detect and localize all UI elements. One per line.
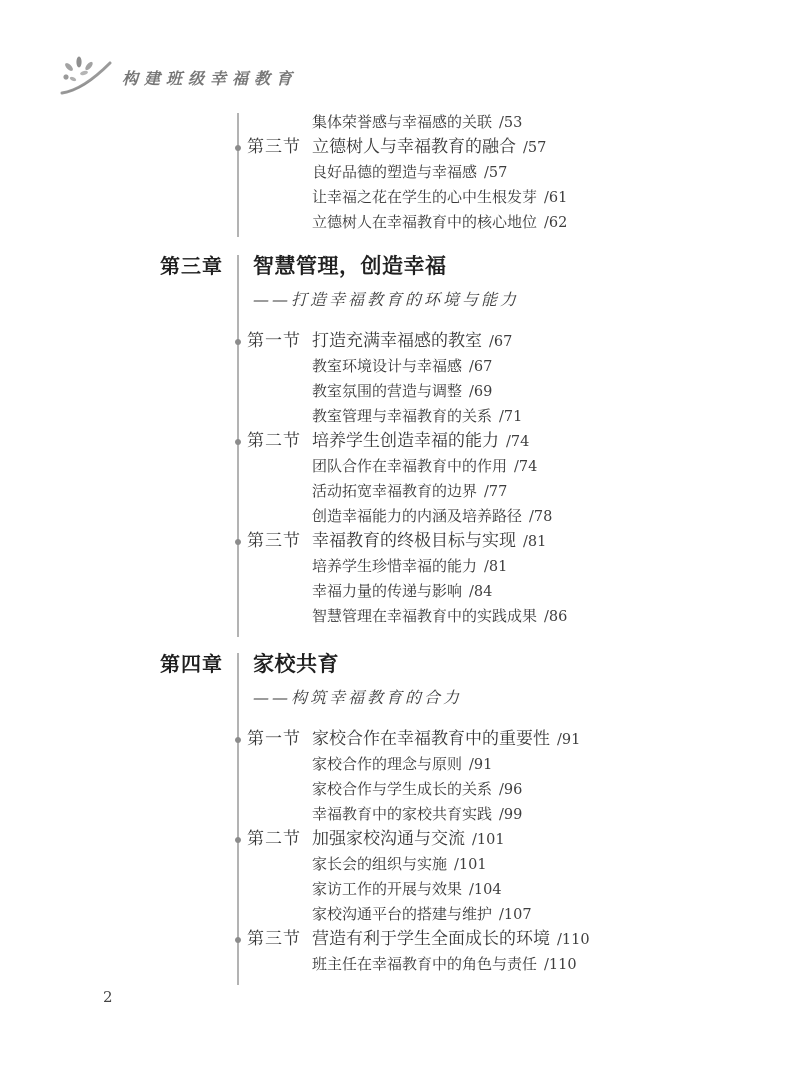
toc-entry-page: /57 [523, 136, 546, 161]
chapter-heading: 第四章家校共育——构筑幸福教育的合力 [160, 649, 760, 713]
toc-entry-title: 培养学生珍惜幸福的能力 [312, 554, 477, 579]
book-title: 构建班级幸福教育 [122, 66, 298, 89]
toc-sub-row: 幸福力量的传递与影响/84 [160, 579, 760, 604]
toc-entry-page: /74 [514, 455, 537, 480]
toc-block: 第四章家校共育——构筑幸福教育的合力第一节家校合作在幸福教育中的重要性/91家校… [160, 649, 760, 977]
chapter-heading-main: 智慧管理，创造幸福——打造幸福教育的环境与能力 [237, 251, 519, 315]
toc-entry-title: 智慧管理在幸福教育中的实践成果 [312, 604, 537, 629]
section-label: 第二节 [247, 429, 312, 454]
chapter-heading-main: 家校共育——构筑幸福教育的合力 [237, 649, 462, 713]
toc-entry-title: 良好品德的塑造与幸福感 [312, 160, 477, 185]
toc-entry-page: /101 [454, 853, 487, 878]
page-number: 2 [103, 988, 113, 1006]
section-bullet-icon [235, 837, 241, 843]
toc-sub-row: 家校合作与学生成长的关系/96 [160, 777, 760, 802]
chapter-subtitle: ——构筑幸福教育的合力 [253, 683, 462, 713]
toc-entry-title: 幸福力量的传递与影响 [312, 579, 462, 604]
toc-entry-title: 家长会的组织与实施 [312, 852, 447, 877]
toc-section-row: 第一节家校合作在幸福教育中的重要性/91 [160, 727, 760, 752]
toc-entry-title: 幸福教育的终极目标与实现 [312, 529, 516, 554]
toc-sub-row: 良好品德的塑造与幸福感/57 [160, 160, 760, 185]
toc-entry-title: 教室氛围的营造与调整 [312, 379, 462, 404]
toc-entry-page: /61 [544, 186, 567, 211]
toc-sub-row: 培养学生珍惜幸福的能力/81 [160, 554, 760, 579]
toc-entry-title: 团队合作在幸福教育中的作用 [312, 454, 507, 479]
toc-entry-page: /110 [544, 953, 577, 978]
book-header: 构建班级幸福教育 [60, 56, 298, 98]
toc-entry-title: 家校合作在幸福教育中的重要性 [312, 727, 550, 752]
toc-sub-row: 创造幸福能力的内涵及培养路径/78 [160, 504, 760, 529]
toc-entry-title: 教室环境设计与幸福感 [312, 354, 462, 379]
toc-entry-title: 加强家校沟通与交流 [312, 827, 465, 852]
toc-sub-row: 让幸福之花在学生的心中生根发芽/61 [160, 185, 760, 210]
toc-entry-title: 立德树人与幸福教育的融合 [312, 135, 516, 160]
toc-entry-title: 家校合作与学生成长的关系 [312, 777, 492, 802]
section-label: 第三节 [247, 927, 312, 952]
toc-sub-row: 班主任在幸福教育中的角色与责任/110 [160, 952, 760, 977]
toc-sub-row: 教室氛围的营造与调整/69 [160, 379, 760, 404]
toc-entry-page: /99 [499, 803, 522, 828]
toc-sub-row: 家校沟通平台的搭建与维护/107 [160, 902, 760, 927]
toc-sub-row: 团队合作在幸福教育中的作用/74 [160, 454, 760, 479]
toc-section-row: 第三节幸福教育的终极目标与实现/81 [160, 529, 760, 554]
toc-entry-title: 教室管理与幸福教育的关系 [312, 404, 492, 429]
toc-block: 第三章智慧管理，创造幸福——打造幸福教育的环境与能力第一节打造充满幸福感的教室/… [160, 251, 760, 629]
toc-rows: 第一节家校合作在幸福教育中的重要性/91家校合作的理念与原则/91家校合作与学生… [160, 727, 760, 977]
toc-entry-title: 家访工作的开展与效果 [312, 877, 462, 902]
toc-entry-page: /53 [499, 111, 522, 136]
toc-entry-page: /62 [544, 211, 567, 236]
toc-sub-row: 智慧管理在幸福教育中的实践成果/86 [160, 604, 760, 629]
section-bullet-icon [235, 539, 241, 545]
chapter-subtitle: ——打造幸福教育的环境与能力 [253, 285, 519, 315]
toc: 集体荣誉感与幸福感的关联/53第三节立德树人与幸福教育的融合/57良好品德的塑造… [160, 110, 760, 977]
section-label: 第三节 [247, 529, 312, 554]
toc-sub-row: 活动拓宽幸福教育的边界/77 [160, 479, 760, 504]
section-label: 第三节 [247, 135, 312, 160]
toc-entry-title: 班主任在幸福教育中的角色与责任 [312, 952, 537, 977]
toc-entry-page: /86 [544, 605, 567, 630]
flower-icon [60, 56, 112, 98]
chapter-label: 第四章 [160, 649, 237, 679]
toc-entry-title: 打造充满幸福感的教室 [312, 329, 482, 354]
toc-section-row: 第三节立德树人与幸福教育的融合/57 [160, 135, 760, 160]
toc-entry-title: 营造有利于学生全面成长的环境 [312, 927, 550, 952]
section-bullet-icon [235, 937, 241, 943]
chapter-title: 智慧管理，创造幸福 [253, 251, 519, 281]
toc-section-row: 第三节营造有利于学生全面成长的环境/110 [160, 927, 760, 952]
toc-section-row: 第一节打造充满幸福感的教室/67 [160, 329, 760, 354]
toc-entry-page: /104 [469, 878, 502, 903]
toc-entry-page: /71 [499, 405, 522, 430]
toc-entry-title: 培养学生创造幸福的能力 [312, 429, 499, 454]
toc-sub-row: 幸福教育中的家校共育实践/99 [160, 802, 760, 827]
toc-sub-row: 家长会的组织与实施/101 [160, 852, 760, 877]
toc-entry-title: 家校合作的理念与原则 [312, 752, 462, 777]
section-bullet-icon [235, 145, 241, 151]
toc-sub-row: 教室管理与幸福教育的关系/71 [160, 404, 760, 429]
toc-entry-page: /84 [469, 580, 492, 605]
toc-rows: 集体荣誉感与幸福感的关联/53第三节立德树人与幸福教育的融合/57良好品德的塑造… [160, 110, 760, 235]
section-label: 第二节 [247, 827, 312, 852]
toc-entry-title: 立德树人在幸福教育中的核心地位 [312, 210, 537, 235]
toc-entry-page: /57 [484, 161, 507, 186]
toc-entry-title: 创造幸福能力的内涵及培养路径 [312, 504, 522, 529]
toc-entry-title: 让幸福之花在学生的心中生根发芽 [312, 185, 537, 210]
toc-sub-row: 教室环境设计与幸福感/67 [160, 354, 760, 379]
toc-entry-page: /91 [469, 753, 492, 778]
toc-sub-row: 立德树人在幸福教育中的核心地位/62 [160, 210, 760, 235]
toc-entry-title: 幸福教育中的家校共育实践 [312, 802, 492, 827]
chapter-label: 第三章 [160, 251, 237, 281]
toc-entry-page: /101 [472, 828, 505, 853]
toc-entry-page: /81 [523, 530, 546, 555]
chapter-heading: 第三章智慧管理，创造幸福——打造幸福教育的环境与能力 [160, 251, 760, 315]
toc-entry-page: /69 [469, 380, 492, 405]
toc-sub-row: 家访工作的开展与效果/104 [160, 877, 760, 902]
toc-section-row: 第二节培养学生创造幸福的能力/74 [160, 429, 760, 454]
toc-entry-page: /81 [484, 555, 507, 580]
toc-entry-title: 集体荣誉感与幸福感的关联 [312, 110, 492, 135]
toc-entry-page: /91 [557, 728, 580, 753]
toc-entry-page: /78 [529, 505, 552, 530]
toc-block: 集体荣誉感与幸福感的关联/53第三节立德树人与幸福教育的融合/57良好品德的塑造… [160, 110, 760, 235]
toc-entry-page: /67 [489, 330, 512, 355]
toc-sub-row: 集体荣誉感与幸福感的关联/53 [160, 110, 760, 135]
section-bullet-icon [235, 439, 241, 445]
toc-entry-title: 活动拓宽幸福教育的边界 [312, 479, 477, 504]
toc-entry-title: 家校沟通平台的搭建与维护 [312, 902, 492, 927]
chapter-title: 家校共育 [253, 649, 462, 679]
section-bullet-icon [235, 339, 241, 345]
section-bullet-icon [235, 737, 241, 743]
toc-entry-page: /107 [499, 903, 532, 928]
section-label: 第一节 [247, 329, 312, 354]
toc-entry-page: /96 [499, 778, 522, 803]
section-label: 第一节 [247, 727, 312, 752]
toc-rows: 第一节打造充满幸福感的教室/67教室环境设计与幸福感/67教室氛围的营造与调整/… [160, 329, 760, 629]
toc-entry-page: /77 [484, 480, 507, 505]
toc-entry-page: /74 [506, 430, 529, 455]
toc-section-row: 第二节加强家校沟通与交流/101 [160, 827, 760, 852]
toc-entry-page: /110 [557, 928, 590, 953]
toc-sub-row: 家校合作的理念与原则/91 [160, 752, 760, 777]
toc-page: 构建班级幸福教育 集体荣誉感与幸福感的关联/53第三节立德树人与幸福教育的融合/… [0, 0, 799, 1073]
toc-entry-page: /67 [469, 355, 492, 380]
